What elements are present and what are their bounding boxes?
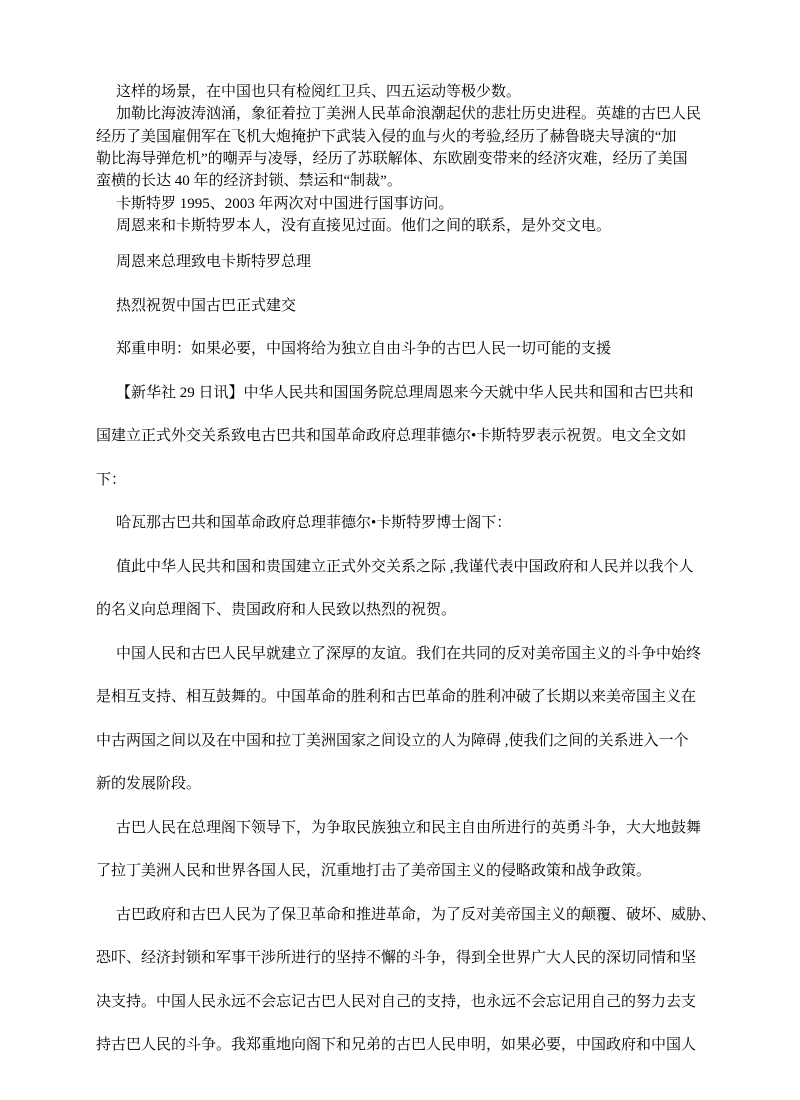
text-line: 是相互支持、相互鼓舞的。中国革命的胜利和古巴革命的胜利冲破了长期以来美帝国主义在	[96, 676, 688, 720]
text-line: 中古两国之间以及在中国和拉丁美洲国家之间设立的人为障碍 ,使我们之间的关系进入一…	[96, 720, 688, 764]
text-line: 决支持。中国人民永远不会忘记古巴人民对自己的支持，也永远不会忘记用自己的努力去支	[96, 981, 688, 1025]
text-line: 蛮横的长达 40 年的经济封锁、禁运和“制裁”。	[96, 170, 688, 192]
text-line: 这样的场景，在中国也只有检阅红卫兵、四五运动等极少数。	[96, 81, 688, 103]
text-line: 周恩来总理致电卡斯特罗总理	[96, 241, 688, 285]
text-line: 郑重申明：如果必要，中国将给为独立自由斗争的古巴人民一切可能的支援	[96, 328, 688, 372]
text-line: 勒比海导弹危机”的嘲弄与凌辱，经历了苏联解体、东欧剧变带来的经济灾难，经历了美国	[96, 148, 688, 170]
text-line: 值此中华人民共和国和贵国建立正式外交关系之际 ,我谨代表中国政府和人民并以我个人	[96, 546, 688, 590]
text-line: 周恩来和卡斯特罗本人，没有直接见过面。他们之间的联系，是外交文电。	[96, 215, 688, 237]
text-line: 古巴人民在总理阁下领导下，为争取民族独立和民主自由所进行的英勇斗争，大大地鼓舞	[96, 807, 688, 851]
text-line: 持古巴人民的斗争。我郑重地向阁下和兄弟的古巴人民申明，如果必要，中国政府和中国人	[96, 1024, 688, 1068]
intro-section: 这样的场景，在中国也只有检阅红卫兵、四五运动等极少数。加勒比海波涛汹涌，象征着拉…	[96, 81, 688, 237]
text-line: 新的发展阶段。	[96, 763, 688, 807]
document-text-block: 这样的场景，在中国也只有检阅红卫兵、四五运动等极少数。加勒比海波涛汹涌，象征着拉…	[96, 81, 688, 1068]
text-line: 国建立正式外交关系致电古巴共和国革命政府总理菲德尔•卡斯特罗表示祝贺。电文全文如	[96, 415, 688, 459]
text-line: 经历了美国雇佣军在飞机大炮掩护下武装入侵的血与火的考验,经历了赫鲁晓夫导演的“加	[96, 126, 688, 148]
text-line: 热烈祝贺中国古巴正式建交	[96, 285, 688, 329]
text-line: 卡斯特罗 1995、2003 年两次对中国进行国事访问。	[96, 193, 688, 215]
text-line: 中国人民和古巴人民早就建立了深厚的友谊。我们在共同的反对美帝国主义的斗争中始终	[96, 633, 688, 677]
document-page: 这样的场景，在中国也只有检阅红卫兵、四五运动等极少数。加勒比海波涛汹涌，象征着拉…	[0, 0, 800, 1100]
text-line: 加勒比海波涛汹涌，象征着拉丁美洲人民革命浪潮起伏的悲壮历史进程。英雄的古巴人民	[96, 103, 688, 125]
text-line: 下：	[96, 459, 688, 503]
text-line: 恐吓、经济封锁和军事干涉所进行的坚持不懈的斗争，得到全世界广大人民的深切同情和坚	[96, 937, 688, 981]
text-line: 的名义向总理阁下、贵国政府和人民致以热烈的祝贺。	[96, 589, 688, 633]
text-line: 哈瓦那古巴共和国革命政府总理菲德尔•卡斯特罗博士阁下：	[96, 502, 688, 546]
text-line: 了拉丁美洲人民和世界各国人民，沉重地打击了美帝国主义的侵略政策和战争政策。	[96, 850, 688, 894]
text-line: 【新华社 29 日讯】中华人民共和国国务院总理周恩来今天就中华人民共和国和古巴共…	[96, 372, 688, 416]
telegram-section: 周恩来总理致电卡斯特罗总理热烈祝贺中国古巴正式建交郑重申明：如果必要，中国将给为…	[96, 241, 688, 1068]
text-line: 古巴政府和古巴人民为了保卫革命和推进革命，为了反对美帝国主义的颠覆、破坏、威胁、	[96, 894, 688, 938]
